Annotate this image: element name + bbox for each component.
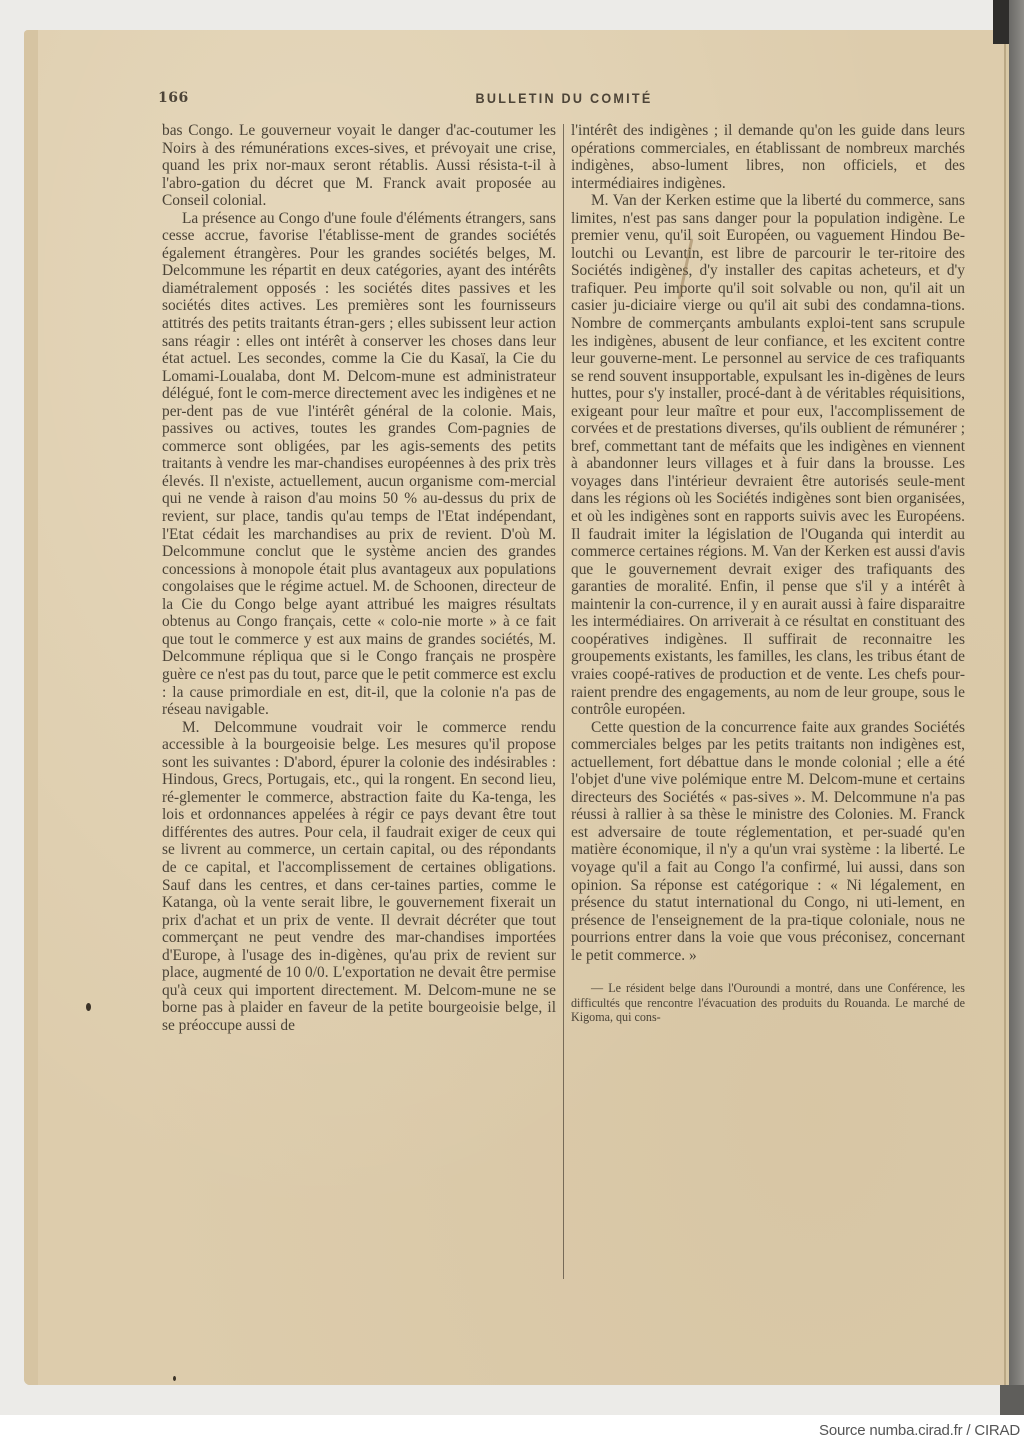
paragraph: Cette question de la concurrence faite a… [571, 719, 965, 965]
page-number: 166 [158, 90, 189, 106]
running-title: BULLETIN DU COMITÉ [199, 90, 930, 106]
paragraph: La présence au Congo d'une foule d'éléme… [162, 210, 556, 719]
source-credit: Source numba.cirad.fr / CIRAD [819, 1422, 1020, 1439]
ink-speck [173, 1376, 176, 1381]
right-column: l'intérêt des indigènes ; il demande qu'… [571, 122, 965, 1025]
running-head: 166 BULLETIN DU COMITÉ [158, 90, 970, 112]
page-edge [24, 30, 38, 1385]
paragraph: M. Delcommune voudrait voir le commerce … [162, 719, 556, 1035]
book-binding [1009, 0, 1024, 1415]
left-column: bas Congo. Le gouverneur voyait le dange… [162, 122, 556, 1034]
book-binding-top [993, 0, 1009, 44]
footnote: — Le résident belge dans l'Ouroundi a mo… [571, 981, 965, 1025]
column-divider [563, 124, 564, 1279]
paragraph: M. Van der Kerken estime que la liberté … [571, 192, 965, 718]
book-binding-bottom [1000, 1385, 1024, 1415]
paragraph: l'intérêt des indigènes ; il demande qu'… [571, 122, 965, 192]
paragraph: bas Congo. Le gouverneur voyait le dange… [162, 122, 556, 210]
ink-speck [86, 1003, 91, 1011]
